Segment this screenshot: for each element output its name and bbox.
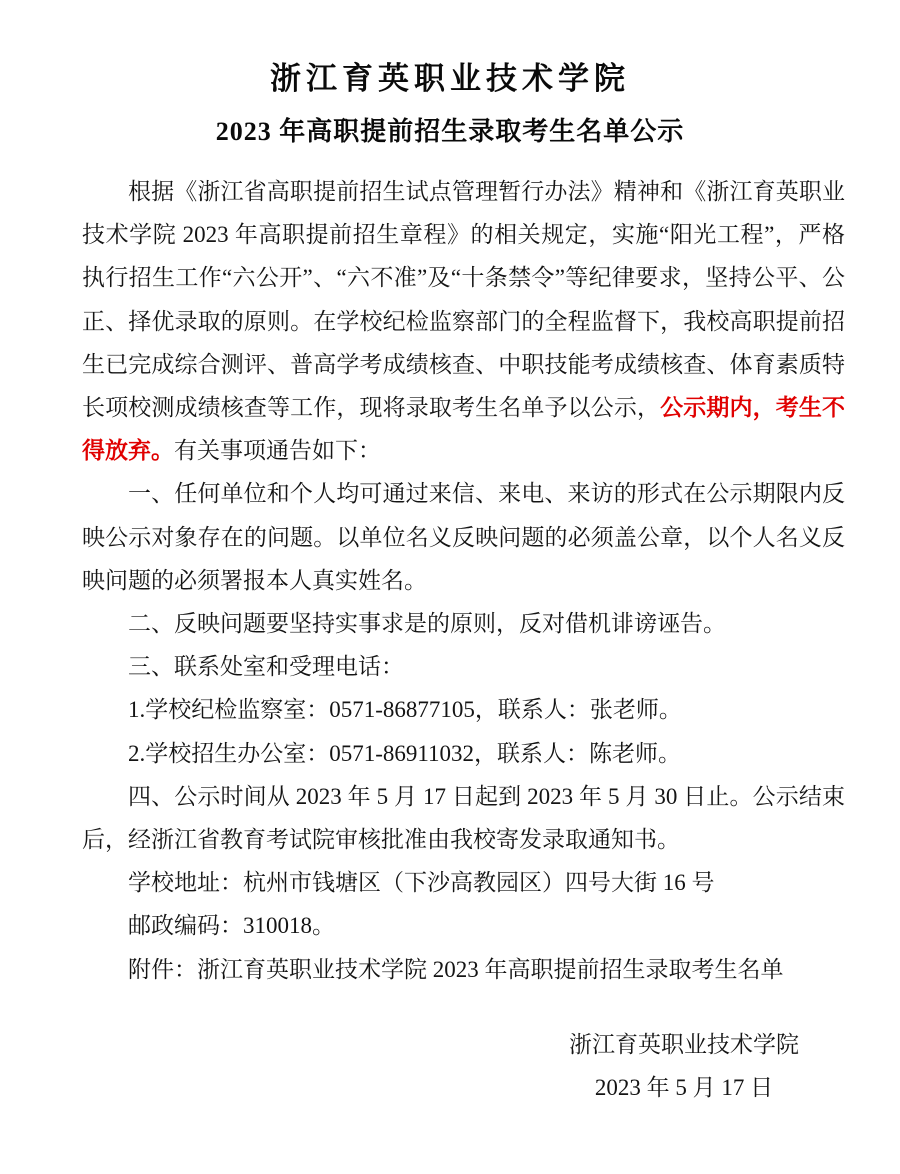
postal-code-line: 邮政编码：310018。 xyxy=(82,904,845,947)
intro-text-before-red: 根据《浙江省高职提前招生试点管理暂行办法》精神和《浙江育英职业技术学院 2023… xyxy=(82,179,845,420)
page-title: 浙江育英职业技术学院 xyxy=(55,56,845,102)
intro-text-after-red: 有关事项通告如下： xyxy=(174,438,381,463)
signature-name: 浙江育英职业技术学院 xyxy=(569,1023,799,1066)
item-2-paragraph: 二、反映问题要坚持实事求是的原则，反对借机诽谤诬告。 xyxy=(82,602,845,645)
signature-date: 2023 年 5 月 17 日 xyxy=(569,1066,799,1109)
school-address-line: 学校地址：杭州市钱塘区（下沙高教园区）四号大街 16 号 xyxy=(82,861,845,904)
item-4-paragraph: 四、公示时间从 2023 年 5 月 17 日起到 2023 年 5 月 30 … xyxy=(82,775,845,861)
signature-block: 浙江育英职业技术学院 2023 年 5 月 17 日 xyxy=(569,1023,799,1109)
item-3-paragraph: 三、联系处室和受理电话： xyxy=(82,645,845,688)
item-1-paragraph: 一、任何单位和个人均可通过来信、来电、来访的形式在公示期限内反映公示对象存在的问… xyxy=(82,472,845,602)
document-body: 根据《浙江省高职提前招生试点管理暂行办法》精神和《浙江育英职业技术学院 2023… xyxy=(82,170,845,991)
page-subtitle: 2023 年高职提前招生录取考生名单公示 xyxy=(55,112,845,152)
attachment-line: 附件：浙江育英职业技术学院 2023 年高职提前招生录取考生名单 xyxy=(82,948,845,991)
document-page: 浙江育英职业技术学院 2023 年高职提前招生录取考生名单公示 根据《浙江省高职… xyxy=(0,0,900,1174)
contact-line-admissions-office: 2.学校招生办公室：0571-86911032，联系人：陈老师。 xyxy=(82,732,845,775)
intro-paragraph: 根据《浙江省高职提前招生试点管理暂行办法》精神和《浙江育英职业技术学院 2023… xyxy=(82,170,845,472)
contact-line-discipline-office: 1.学校纪检监察室：0571-86877105，联系人：张老师。 xyxy=(82,688,845,731)
